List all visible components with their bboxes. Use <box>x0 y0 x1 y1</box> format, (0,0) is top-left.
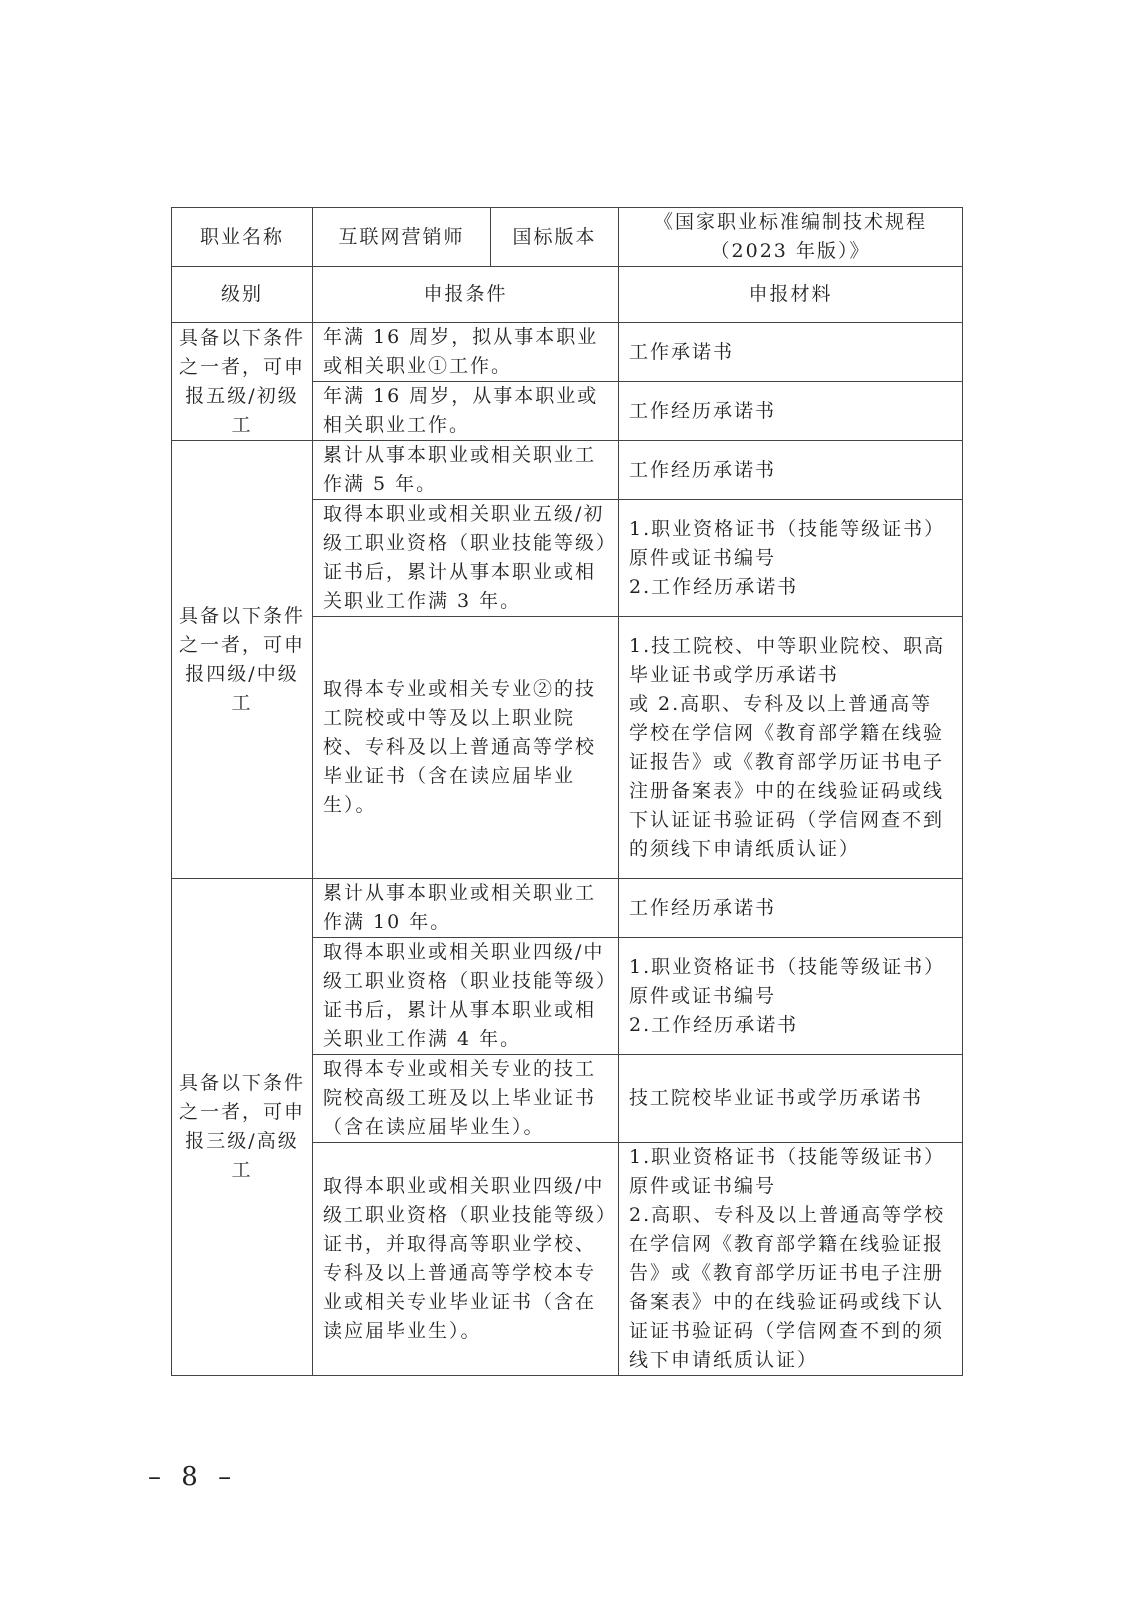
occupation-name-label: 职业名称 <box>172 208 313 267</box>
document-page: 职业名称 互联网营销师 国标版本 《国家职业标准编制技术规程（2023 年版）》… <box>0 0 1131 1600</box>
level-cell-grade3: 具备以下条件之一者，可申报三级/高级工 <box>172 879 313 1376</box>
column-header-level: 级别 <box>172 267 313 323</box>
application-requirements-table: 职业名称 互联网营销师 国标版本 《国家职业标准编制技术规程（2023 年版）》… <box>171 207 963 1376</box>
level-cell-grade5: 具备以下条件之一者，可申报五级/初级工 <box>172 323 313 441</box>
material-cell: 工作经历承诺书 <box>619 441 963 500</box>
condition-cell: 取得本职业或相关职业五级/初级工职业资格（职业技能等级）证书后，累计从事本职业或… <box>313 500 619 617</box>
material-cell: 1.职业资格证书（技能等级证书）原件或证书编号 2.工作经历承诺书 <box>619 938 963 1055</box>
condition-cell: 年满 16 周岁，从事本职业或相关职业工作。 <box>313 382 619 441</box>
condition-cell: 取得本职业或相关职业四级/中级工职业资格（职业技能等级）证书，并取得高等职业学校… <box>313 1143 619 1376</box>
material-cell: 工作承诺书 <box>619 323 963 382</box>
table-row: 具备以下条件之一者，可申报四级/中级工 累计从事本职业或相关职业工作满 5 年。… <box>172 441 963 500</box>
condition-cell: 年满 16 周岁，拟从事本职业或相关职业①工作。 <box>313 323 619 382</box>
material-cell: 1.技工院校、中等职业院校、职高毕业证书或学历承诺书 或 2.高职、专科及以上普… <box>619 617 963 879</box>
standard-version-value: 《国家职业标准编制技术规程（2023 年版）》 <box>619 208 963 267</box>
condition-cell: 累计从事本职业或相关职业工作满 10 年。 <box>313 879 619 938</box>
column-header-materials: 申报材料 <box>619 267 963 323</box>
level-cell-grade4: 具备以下条件之一者，可申报四级/中级工 <box>172 441 313 879</box>
material-cell: 技工院校毕业证书或学历承诺书 <box>619 1055 963 1143</box>
condition-cell: 取得本职业或相关职业四级/中级工职业资格（职业技能等级）证书后，累计从事本职业或… <box>313 938 619 1055</box>
column-header-row: 级别 申报条件 申报材料 <box>172 267 963 323</box>
material-cell: 1.职业资格证书（技能等级证书）原件或证书编号 2.工作经历承诺书 <box>619 500 963 617</box>
material-cell: 1.职业资格证书（技能等级证书）原件或证书编号 2.高职、专科及以上普通高等学校… <box>619 1143 963 1376</box>
table-row: 具备以下条件之一者，可申报三级/高级工 累计从事本职业或相关职业工作满 10 年… <box>172 879 963 938</box>
standard-version-label: 国标版本 <box>491 208 619 267</box>
condition-cell: 累计从事本职业或相关职业工作满 5 年。 <box>313 441 619 500</box>
material-cell: 工作经历承诺书 <box>619 879 963 938</box>
occupation-name-value: 互联网营销师 <box>313 208 491 267</box>
header-row: 职业名称 互联网营销师 国标版本 《国家职业标准编制技术规程（2023 年版）》 <box>172 208 963 267</box>
page-number: – 8 – <box>148 1462 237 1492</box>
condition-cell: 取得本专业或相关专业②的技工院校或中等及以上职业院校、专科及以上普通高等学校毕业… <box>313 617 619 879</box>
table-row: 具备以下条件之一者，可申报五级/初级工 年满 16 周岁，拟从事本职业或相关职业… <box>172 323 963 382</box>
material-cell: 工作经历承诺书 <box>619 382 963 441</box>
condition-cell: 取得本专业或相关专业的技工院校高级工班及以上毕业证书（含在读应届毕业生）。 <box>313 1055 619 1143</box>
column-header-conditions: 申报条件 <box>313 267 619 323</box>
